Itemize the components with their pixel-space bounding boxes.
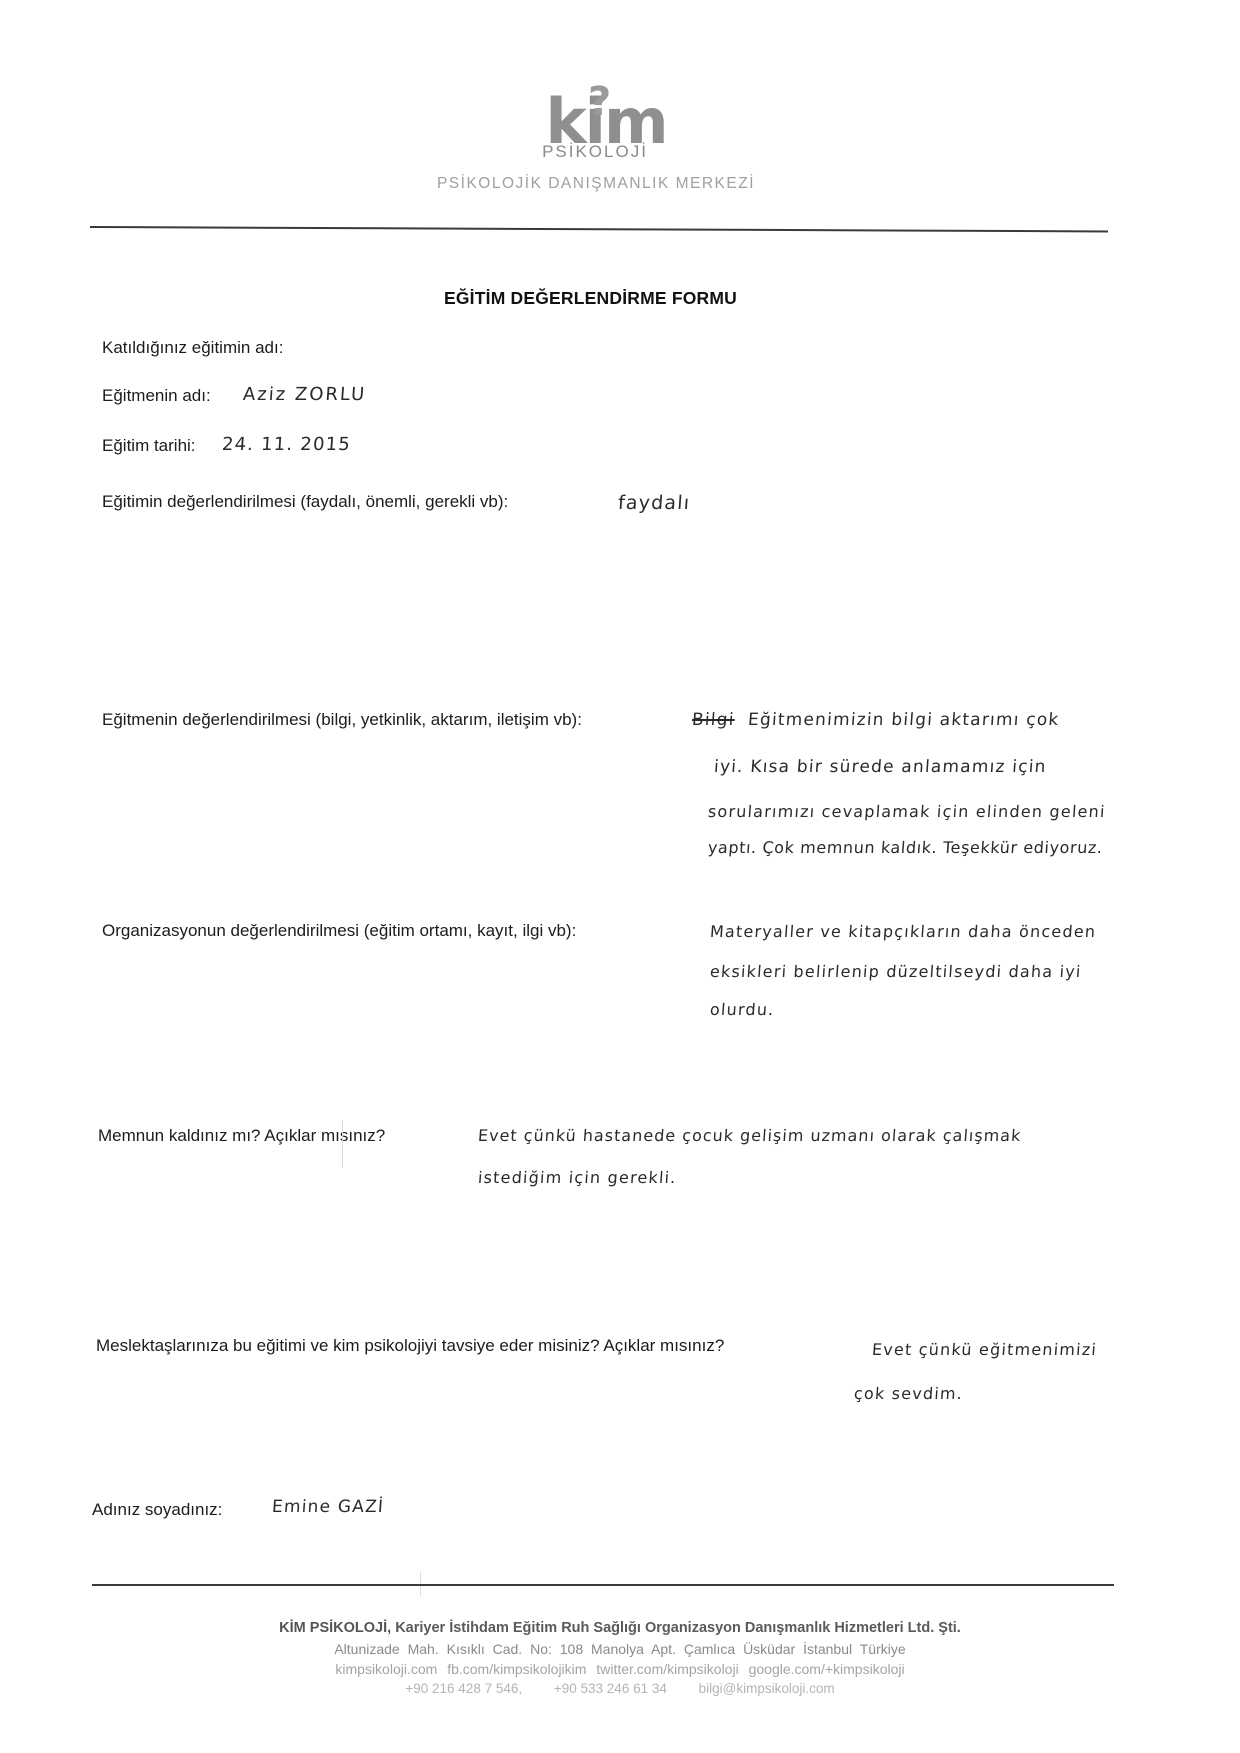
footer-address: Altunizade Mah. Kısıklı Cad. No: 108 Man… [150,1641,1090,1657]
footer-web-links: kimpsikoloji.com fb.com/kimpsikolojikim … [150,1661,1090,1677]
training-name-label: Katıldığınız eğitimin adı: [102,338,283,358]
training-evaluation-label: Eğitimin değerlendirilmesi (faydalı, öne… [102,492,508,512]
company-full-name: Kariyer İstihdam Eğitim Ruh Sağlığı Orga… [395,1620,961,1636]
answer-line: çok sevdim. [853,1384,963,1403]
respondent-name-value: Emine GAZİ [271,1497,385,1517]
answer-line: Evet çünkü hastanede çocuk gelişim uzman… [477,1126,1022,1145]
logo-wordmark: PSİKOLOJİ [520,142,670,162]
struck-word: Bilgi [691,710,735,730]
answer-line: yaptı. Çok memnun kaldık. Teşekkür ediyo… [707,838,1103,857]
answer-line: eksikleri belirlenip düzeltilseydi daha … [709,962,1082,981]
answer-line: olurdu. [709,1000,775,1019]
trainer-evaluation-label: Eğitmenin değerlendirilmesi (bilgi, yetk… [102,710,582,730]
phone-1: +90 216 428 7 546, [405,1681,522,1696]
training-date-label: Eğitim tarihi: [102,436,196,456]
training-date-value: 24. 11. 2015 [221,434,351,455]
footer-contact: +90 216 428 7 546, +90 533 246 61 34 bil… [150,1681,1090,1696]
answer-line: Eğitmenimizin bilgi aktarımı çok [747,710,1060,730]
footer-divider [92,1584,1114,1586]
answer-line: iyi. Kısa bir sürede anlamamız için [713,757,1047,777]
phone-2: +90 533 246 61 34 [554,1681,667,1696]
answer-line: sorularımızı cevaplamak için elinden gel… [707,802,1106,821]
answer-line: istediğim için gerekli. [477,1168,677,1187]
organization-evaluation-label: Organizasyonun değerlendirilmesi (eğitim… [102,921,576,941]
answer-line: Evet çünkü eğitmenimizi [871,1340,1097,1359]
training-evaluation-value: faydalı [617,492,691,514]
header-divider [90,226,1108,232]
question-mark-icon: ? [588,72,609,132]
footer-company: KİM PSİKOLOJİ, Kariyer İstihdam Eğitim R… [150,1620,1090,1636]
trainer-name-label: Eğitmenin adı: [102,386,211,406]
email: bilgi@kimpsikoloji.com [699,1681,835,1696]
answer-line: Materyaller ve kitapçıkların daha öncede… [709,922,1097,941]
form-title: EĞİTİM DEĞERLENDİRME FORMU [444,288,737,309]
respondent-name-label: Adınız soyadınız: [92,1500,222,1520]
trainer-name-value: Aziz ZORLU [242,384,367,405]
company-name: KİM PSİKOLOJİ, [279,1620,391,1636]
logo-subtitle: PSİKOLOJİK DANIŞMANLIK MERKEZİ [336,175,856,193]
scan-artifact [342,1120,343,1168]
recommendation-label: Meslektaşlarınıza bu eğitimi ve kim psik… [96,1336,724,1356]
